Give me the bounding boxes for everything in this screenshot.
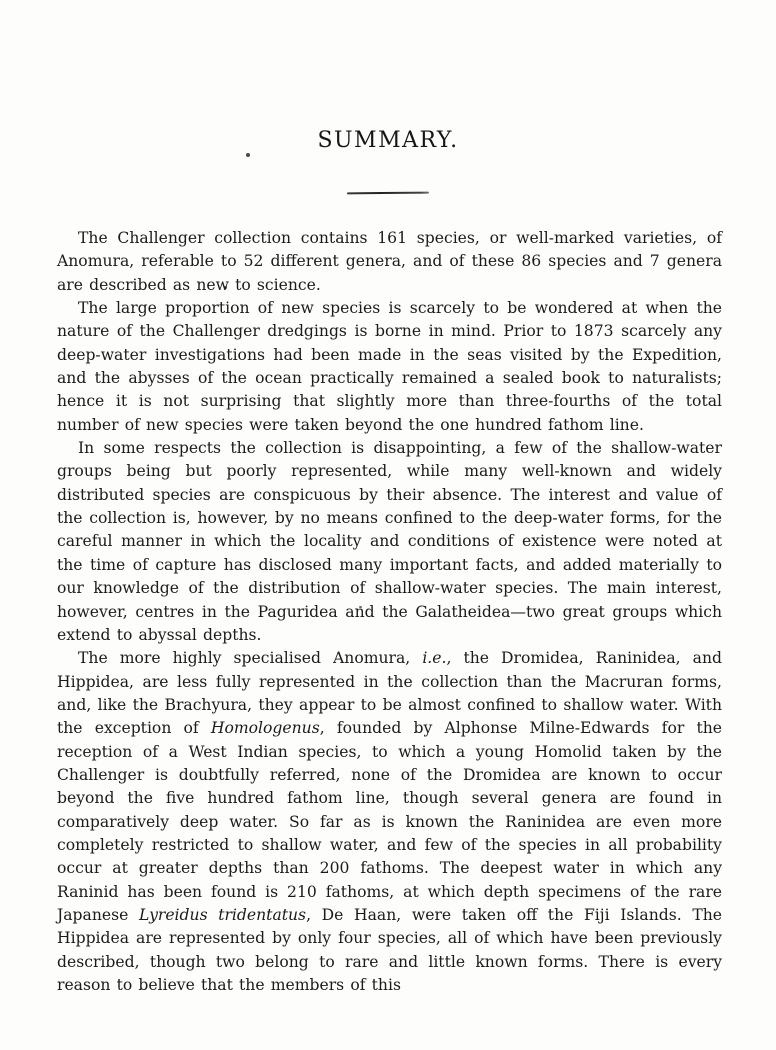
text-run: The large proportion of new species is s… — [57, 299, 722, 434]
text-run: , founded by Alphonse Milne-Edwards for … — [57, 719, 722, 924]
text-run: The more highly specialised Anomura, — [78, 649, 422, 667]
paragraph: The large proportion of new species is s… — [57, 297, 722, 437]
section-divider-rule — [347, 192, 429, 195]
text-block: The Challenger collection contains 161 s… — [57, 227, 722, 997]
italic-text-run: Lyreidus tridentatus — [139, 906, 306, 924]
italic-text-run: i.e. — [422, 649, 446, 667]
page-title: SUMMARY. — [0, 128, 776, 154]
paragraph: In some respects the collection is disap… — [57, 437, 722, 647]
paragraph: The more highly specialised Anomura, i.e… — [57, 647, 722, 997]
scanned-book-page: SUMMARY. The Challenger collection conta… — [0, 0, 776, 1050]
italic-text-run: Homologenus — [211, 719, 320, 737]
paragraph: The Challenger collection contains 161 s… — [57, 227, 722, 297]
scan-speck — [246, 153, 250, 157]
text-run: In some respects the collection is disap… — [57, 439, 722, 644]
text-run: The Challenger collection contains 161 s… — [57, 229, 722, 294]
